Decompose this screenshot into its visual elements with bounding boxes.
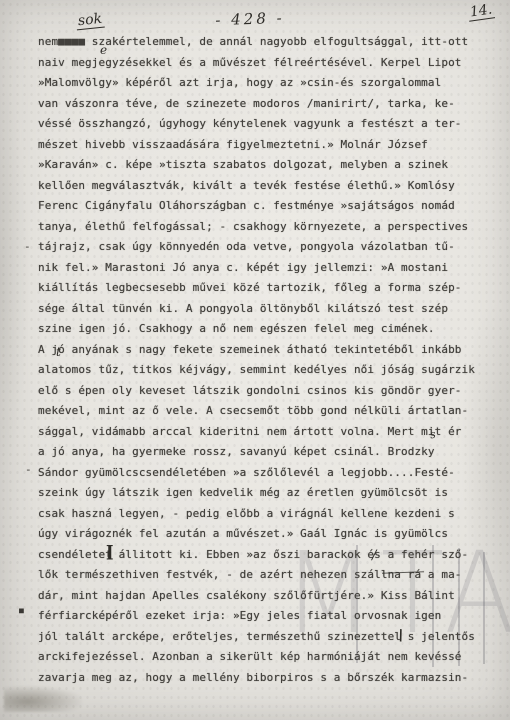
text-line: dár, mint hajdan Apelles csalékony szőlő… — [38, 586, 496, 607]
handwritten-insertion-mark: I — [106, 541, 113, 565]
text-line: csak haszná legyen, - pedig előbb a virá… — [38, 504, 496, 525]
handwritten-slash-mark: / — [372, 548, 376, 563]
text-line: a jó anya, ha gyermeke rossz, savanyú ké… — [38, 442, 496, 463]
text-line: tájrajz, csak úgy könnyedén oda vetve, p… — [38, 237, 496, 258]
handwritten-insertion-sok: sok — [75, 11, 105, 31]
text-line: lők természethiven festvék, - de azért n… — [38, 565, 496, 586]
margin-dash: - — [24, 240, 31, 253]
text-line: alatomos tűz, titkos kéjvágy, semmint ke… — [38, 360, 496, 381]
text-line: tanya, élethű felfogással; - csakhogy kö… — [38, 217, 496, 238]
text-line: szine igen jó. Csakhogy a nő nem egészen… — [38, 319, 496, 340]
corner-page-number: 14. — [467, 1, 495, 21]
text-line: mekével, mint az ő vele. A csecsemőt töb… — [38, 401, 496, 422]
text-line: sággal, vidámabb arccal kideritni nem ár… — [38, 422, 496, 443]
text-line: arckifejezéssel. Azonban a sikerült kép … — [38, 647, 496, 668]
handwritten-insertion-e: e — [100, 43, 107, 57]
text-line: nik fel.» Marastoni Jó anya c. képét igy… — [38, 258, 496, 279]
text-line: kiállítás legbecsesebb művei közé tartoz… — [38, 278, 496, 299]
text-line: »Karaván» c. képe »tiszta szabatos dolgo… — [38, 155, 496, 176]
handwritten-insertion-t: t — [56, 345, 61, 359]
text-line: mészet hivebb visszaadására figyelmeztet… — [38, 135, 496, 156]
margin-dash: - — [25, 463, 32, 476]
text-line: Sándor gyümölcscsendéletében »a szőlőlev… — [38, 463, 496, 484]
text-line: van vászonra téve, de szinezete modoros … — [38, 94, 496, 115]
text-line: véssé összhangzó, úgyhogy kénytelenek va… — [38, 114, 496, 135]
text-line: »Malomvölgy» képéről azt irja, hogy az »… — [38, 73, 496, 94]
text-line: elő s épen oly keveset látszik gondolni … — [38, 381, 496, 402]
text-line: férfiarcképéről ezeket irja: »Egy jeles … — [38, 606, 496, 627]
scan-smudge — [4, 686, 82, 712]
text-line: sége által tünvén ki. A pongyola öltönyb… — [38, 299, 496, 320]
text-line: kellően megválasztvák, kivált a tevék fe… — [38, 176, 496, 197]
text-line: zavarja meg az, hogy a mellény biborpiro… — [38, 668, 496, 689]
text-line: szeink úgy látszik igen kedvelik még az … — [38, 483, 496, 504]
text-line: Ferenc Cigányfalu Oláhországban c. festm… — [38, 196, 496, 217]
text-lines: nem■■■■ szakértelemmel, de annál nagyobb… — [38, 32, 496, 688]
text-line: A jó anyának s nagy fekete szemeinek áth… — [38, 340, 496, 361]
page-number-header: - 428 - — [185, 8, 316, 31]
text-line: jól talált arcképe, erőteljes, természet… — [38, 627, 496, 648]
margin-bullet: ■ — [19, 606, 24, 615]
scanned-manuscript-page: MTA - 428 - 14. nem■■■■ szakértelemmel, … — [0, 0, 510, 720]
scan-blotch — [0, 80, 30, 480]
